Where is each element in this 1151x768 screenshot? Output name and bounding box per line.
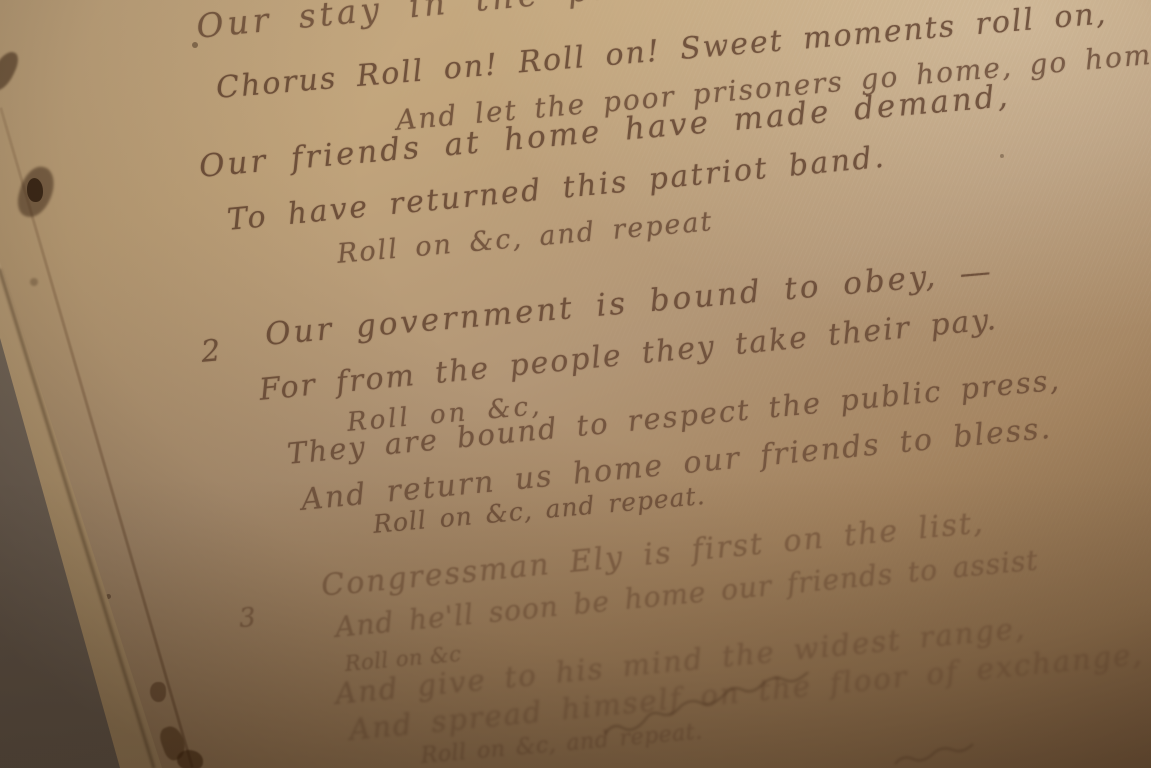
photo-of-manuscript: Our stay in the prison w Chorus Roll on!… [0, 0, 1151, 768]
paper-sheen-texture [0, 0, 1151, 768]
